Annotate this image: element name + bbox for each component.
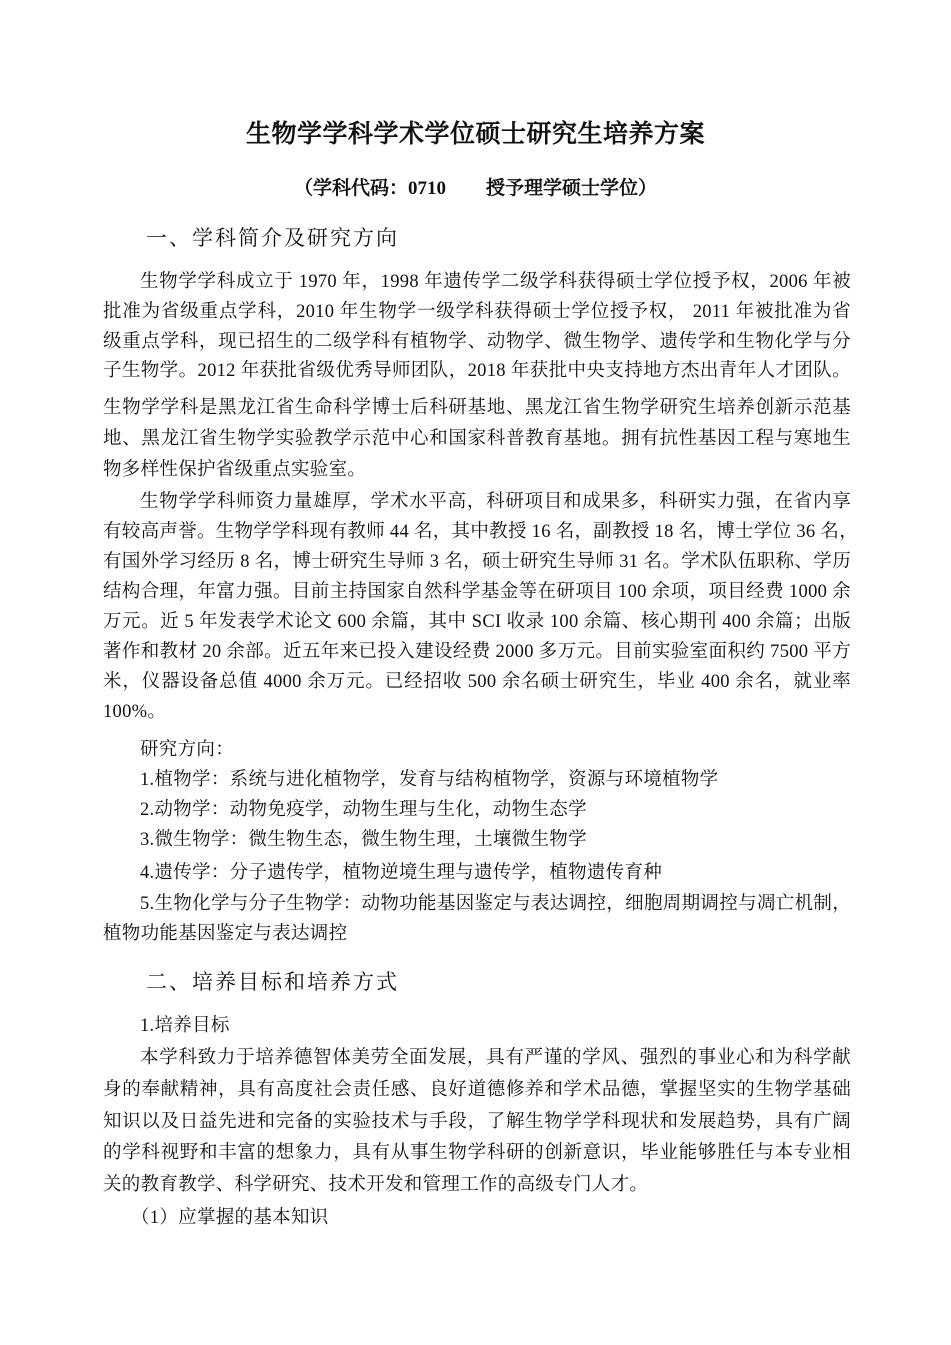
- sub-item-basic-knowledge: （1）应掌握的基本知识: [131, 1206, 879, 1230]
- research-direction-item: 3.微生物学：微生物生态，微生物生理，土壤微生物学: [140, 828, 851, 852]
- text-line: 著作和教材 20 余部。近五年来已投入建设经费 2000 多万元。目前实验室面积…: [103, 640, 851, 664]
- text-line: 本学科致力于培养德智体美劳全面发展，具有严谨的学风、强烈的事业心和为科学献: [140, 1046, 851, 1070]
- research-direction-item: 5.生物化学与分子生物学：动物功能基因鉴定与表达调控，细胞周期调控与凋亡机制，: [140, 892, 851, 916]
- text-line: 生物学学科是黑龙江省生命科学博士后科研基地、黑龙江省生物学研究生培养创新示范基: [103, 396, 851, 420]
- text-line: 身的奉献精神，具有高度社会责任感、良好道德修养和学术品德，掌握坚实的生物学基础: [103, 1078, 851, 1102]
- research-direction-item-continuation: 植物功能基因鉴定与表达调控: [103, 922, 851, 946]
- document-page: 生物学学科学术学位硕士研究生培养方案 （学科代码：0710授予理学硕士学位） 一…: [0, 0, 951, 1345]
- text-line: 有较高声誉。生物学学科现有教师 44 名，其中教授 16 名，副教授 18 名，…: [103, 520, 851, 544]
- text-line: 的学科视野和丰富的想象力，具有从事生物学科研的创新意识，毕业能够胜任与本专业相: [103, 1141, 851, 1165]
- text-line: 知识以及日益先进和完备的实验技术与手段，了解生物学学科现状和发展趋势，具有广阔: [103, 1110, 851, 1134]
- text-line: 结构合理，年富力强。目前主持国家自然科学基金等在研项目 100 余项，项目经费 …: [103, 580, 851, 604]
- text-line: 生物学学科师资力量雄厚，学术水平高，科研项目和成果多，科研实力强，在省内享: [140, 490, 851, 514]
- degree-type: 授予理学硕士学位）: [486, 178, 657, 199]
- text-line: 关的教育教学、科学研究、技术开发和管理工作的高级专门人才。: [103, 1173, 851, 1197]
- text-line: 米，仪器设备总值 4000 余万元。已经招收 500 余名硕士研究生，毕业 40…: [103, 670, 851, 694]
- research-direction-item: 4.遗传学：分子遗传学，植物逆境生理与遗传学，植物遗传育种: [140, 861, 851, 885]
- text-line: 物多样性保护省级重点实验室。: [103, 458, 851, 482]
- research-directions-label: 研究方向：: [140, 738, 851, 762]
- subsection-heading: 1.培养目标: [140, 1014, 851, 1038]
- text-line: 万元。近 5 年发表学术论文 600 余篇，其中 SCI 收录 100 余篇、核…: [103, 610, 851, 634]
- section-heading-1: 一、学科简介及研究方向: [146, 222, 399, 252]
- text-line: 子生物学。2012 年获批省级优秀导师团队，2018 年获批中央支持地方杰出青年…: [103, 359, 851, 383]
- document-subtitle: （学科代码：0710授予理学硕士学位）: [0, 173, 951, 200]
- section-heading-2: 二、培养目标和培养方式: [146, 966, 399, 996]
- text-line: 有国外学习经历 8 名，博士研究生导师 3 名，硕士研究生导师 31 名。学术队…: [103, 550, 851, 574]
- text-line: 批准为省级重点学科，2010 年生物学一级学科获得硕士学位授予权， 2011 年…: [103, 300, 851, 324]
- research-direction-item: 1.植物学：系统与进化植物学，发育与结构植物学，资源与环境植物学: [140, 768, 851, 792]
- text-line: 地、黑龙江省生物学实验教学示范中心和国家科普教育基地。拥有抗性基因工程与寒地生: [103, 427, 851, 451]
- text-line: 生物学学科成立于 1970 年，1998 年遗传学二级学科获得硕士学位授予权，2…: [140, 270, 851, 294]
- discipline-code: （学科代码：0710: [294, 178, 446, 199]
- research-direction-item: 2.动物学：动物免疫学，动物生理与生化，动物生态学: [140, 798, 851, 822]
- text-line: 级重点学科，现已招生的二级学科有植物学、动物学、微生物学、遗传学和生物化学与分: [103, 330, 851, 354]
- document-title: 生物学学科学术学位硕士研究生培养方案: [0, 114, 951, 150]
- text-line: 100%。: [103, 700, 851, 724]
